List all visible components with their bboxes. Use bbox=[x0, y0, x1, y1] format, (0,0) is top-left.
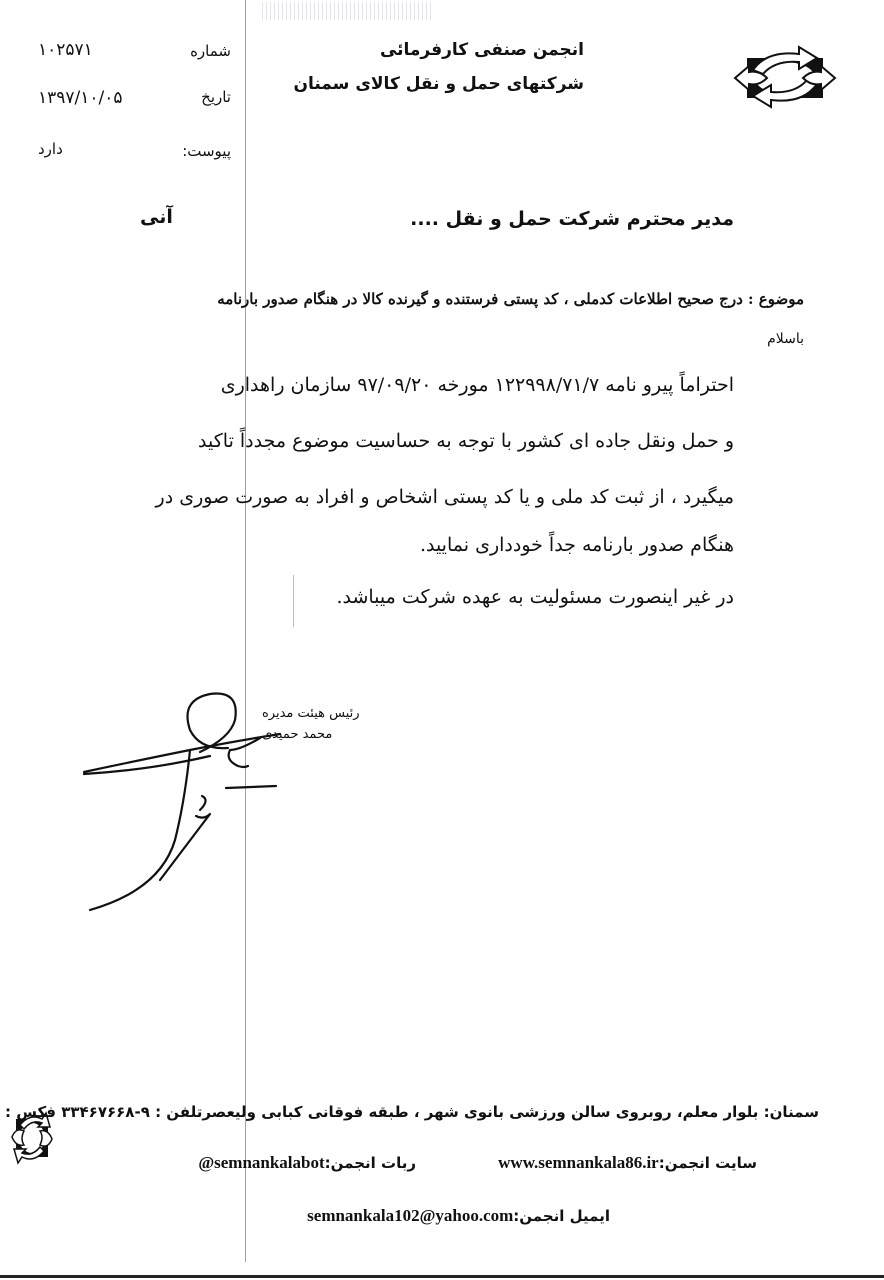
bot-label: ربات انجمن: bbox=[325, 1154, 416, 1172]
page-bottom-edge bbox=[0, 1275, 884, 1278]
body-line: در غیر اینصورت مسئولیت به عهده شرکت میبا… bbox=[336, 586, 734, 608]
email-link[interactable]: semnankala102@yahoo.com bbox=[307, 1206, 513, 1225]
subject-line: موضوع : درج صحیح اطلاعات کدملی ، کد پستی… bbox=[217, 290, 804, 308]
circular-arrows-logo-icon bbox=[733, 44, 837, 110]
body-line: هنگام صدور بارنامه جداً خودداری نمایید. bbox=[420, 534, 734, 556]
body-line: میگیرد ، از ثبت کد ملی و یا کد پستی اشخا… bbox=[156, 486, 734, 508]
footer-email: ایمیل انجمن:semnankala102@yahoo.com bbox=[307, 1206, 610, 1226]
handwritten-signature-icon bbox=[80, 690, 360, 920]
scan-faint-line bbox=[293, 575, 294, 627]
letter-page: انجمن صنفی کارفرمائی شرکتهای حمل و نقل ک… bbox=[0, 0, 884, 1280]
number-value: ۱۰۲۵۷۱ bbox=[38, 40, 93, 60]
website-link[interactable]: www.semnankala86.ir bbox=[498, 1153, 659, 1172]
number-label: شماره bbox=[190, 42, 231, 60]
footer-website: سایت انجمن:www.semnankala86.ir bbox=[498, 1153, 757, 1173]
footer-address: سمنان: بلوار معلم، روبروی سالن ورزشی بان… bbox=[0, 1103, 819, 1121]
scan-stamp-noise bbox=[262, 2, 432, 20]
priority-label: آنی bbox=[140, 206, 173, 228]
date-label: تاریخ bbox=[201, 88, 231, 106]
attachment-value: دارد bbox=[38, 140, 63, 158]
body-line: و حمل ونقل جاده ای کشور با توجه به حساسی… bbox=[198, 430, 734, 452]
org-name-line1: انجمن صنفی کارفرمائی bbox=[380, 40, 584, 60]
scan-crease-line bbox=[245, 0, 246, 1262]
website-label: سایت انجمن: bbox=[659, 1154, 757, 1172]
greeting: باسلام bbox=[767, 331, 804, 347]
attachment-label: پیوست: bbox=[182, 142, 231, 160]
email-label: ایمیل انجمن: bbox=[513, 1207, 610, 1225]
body-line: احتراماً پیرو نامه ۱۲۲۹۹۸/۷۱/۷ مورخه ۹۷/… bbox=[221, 374, 734, 396]
org-name-line2: شرکتهای حمل و نقل کالای سمنان bbox=[293, 74, 584, 94]
footer-bot: ربات انجمن:@semnankalabot bbox=[198, 1153, 416, 1173]
date-value: ۱۳۹۷/۱۰/۰۵ bbox=[38, 88, 123, 108]
bot-handle-link[interactable]: @semnankalabot bbox=[198, 1153, 324, 1172]
salutation: مدیر محترم شرکت حمل و نقل .... bbox=[410, 208, 734, 230]
